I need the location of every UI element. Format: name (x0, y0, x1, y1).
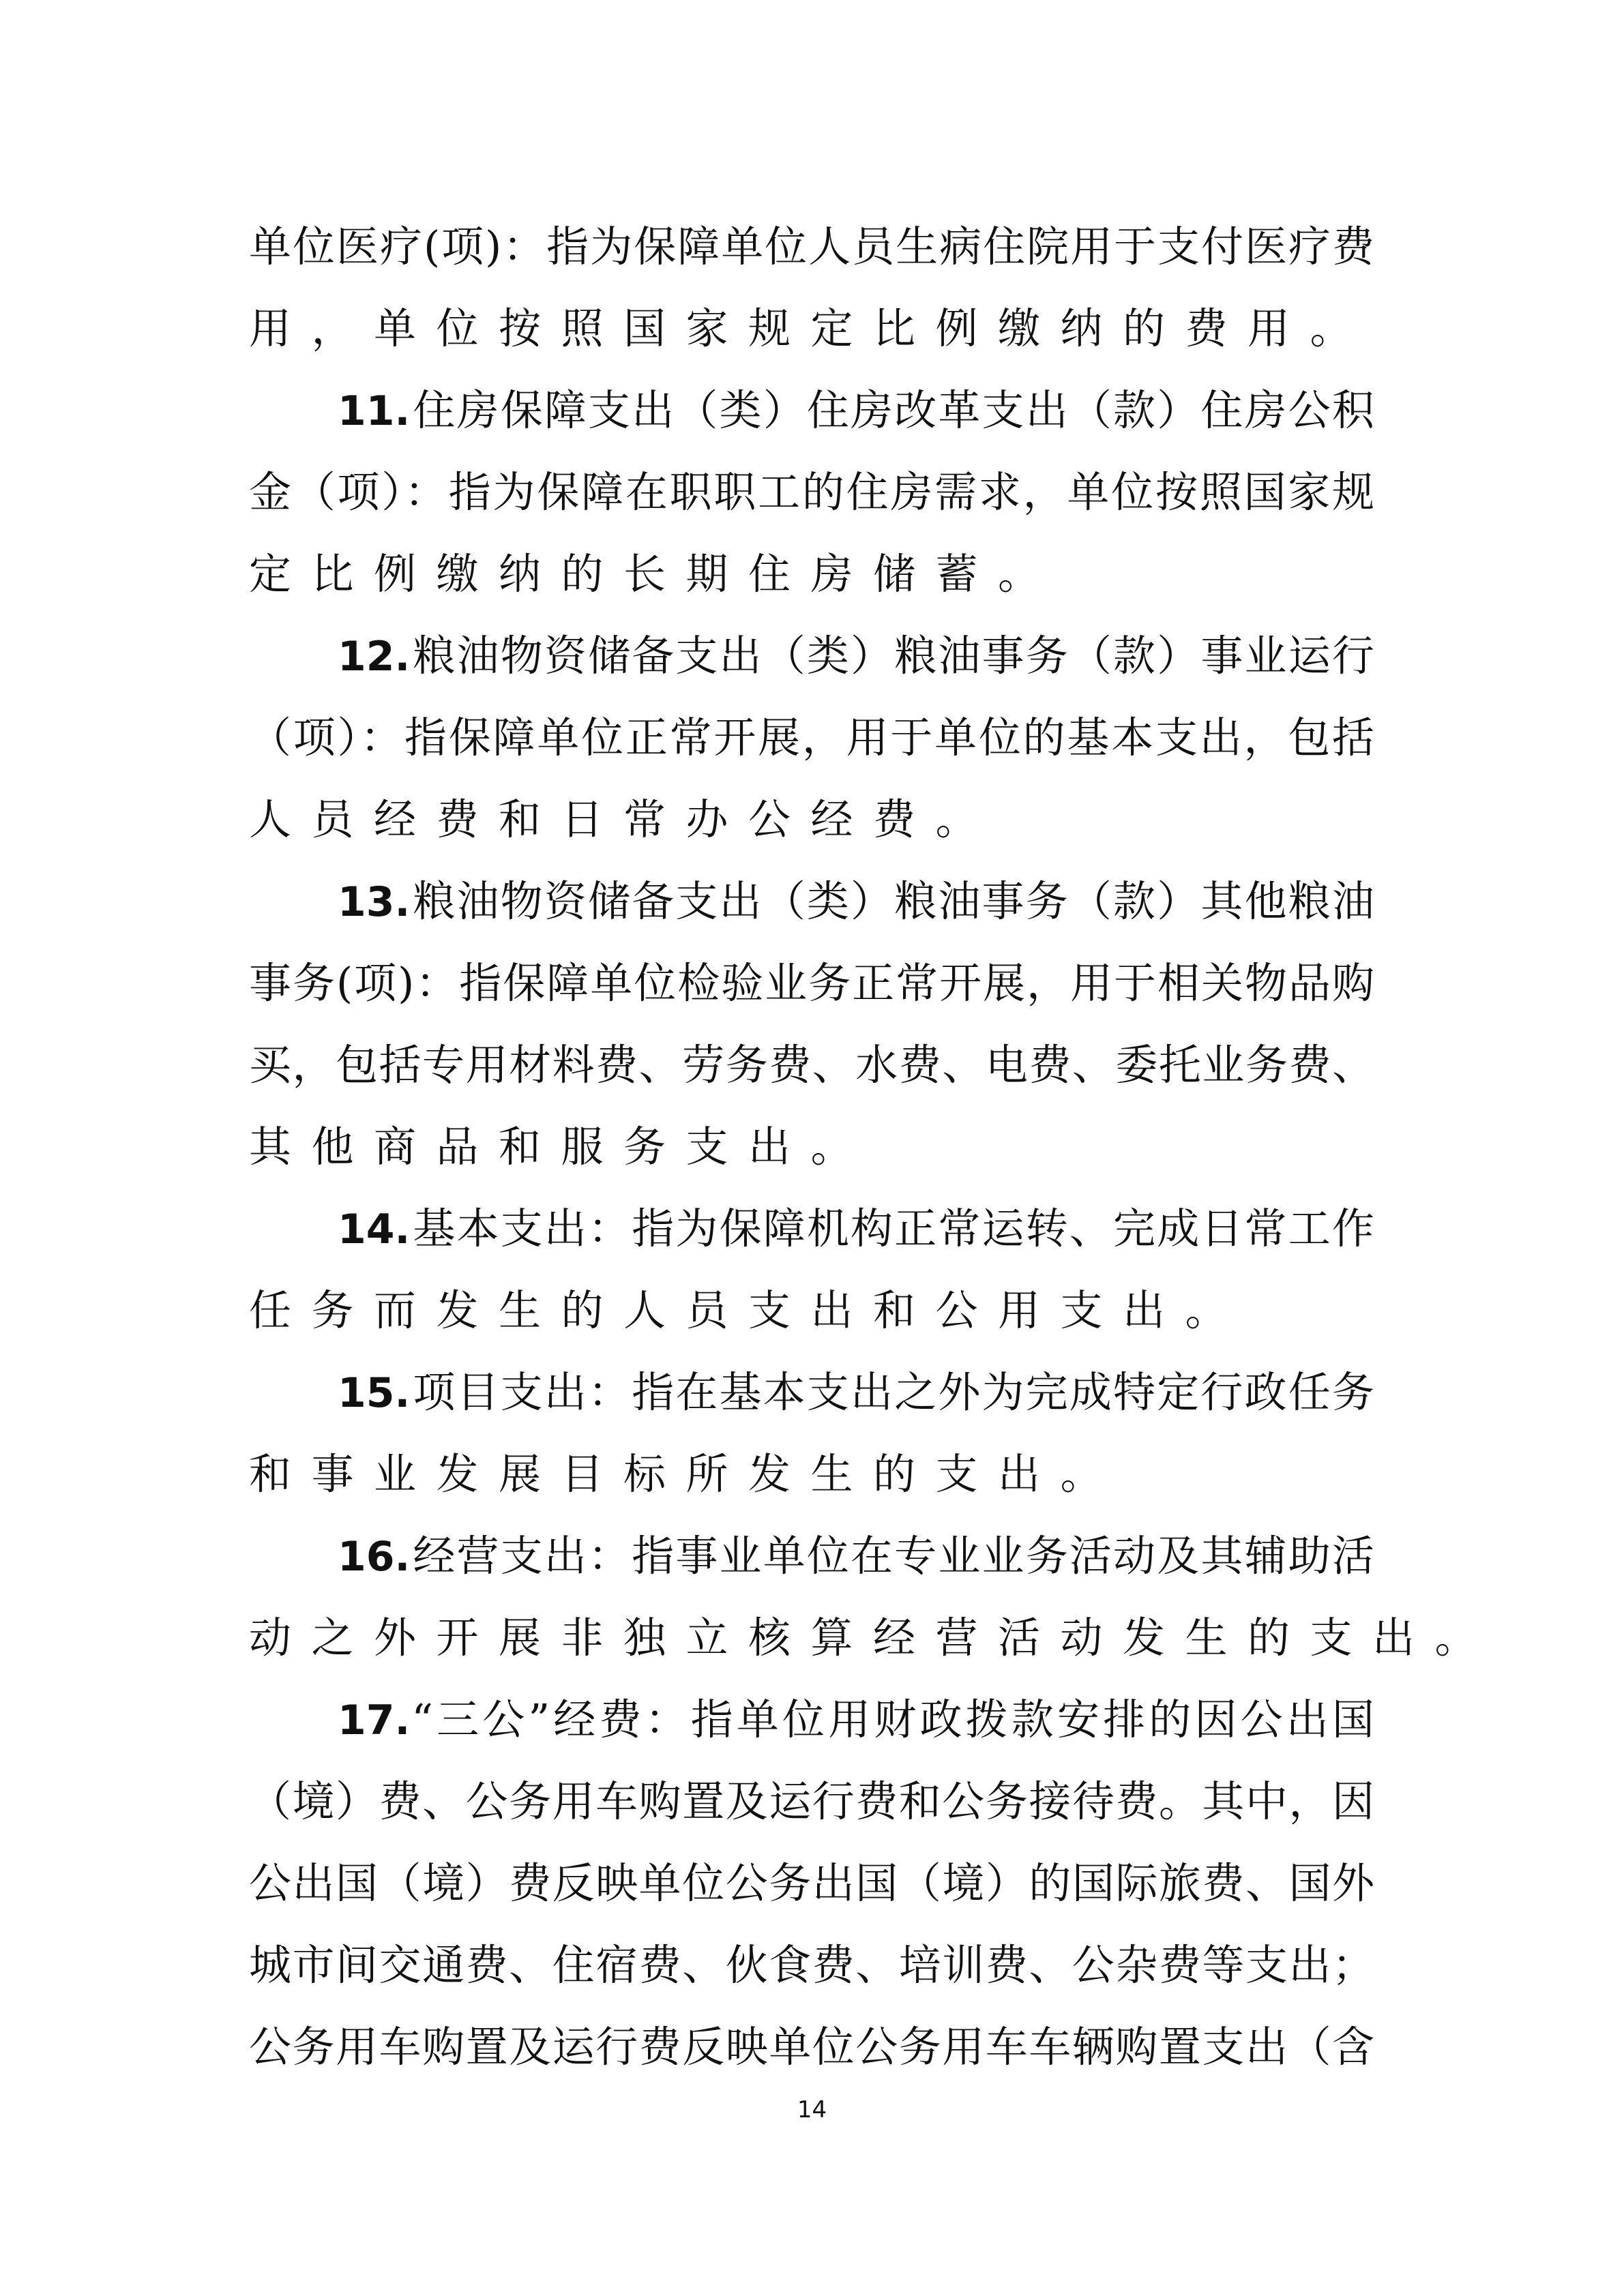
text-line: 单位医疗(项)：指为保障单位人员生病住院用于支付医疗费 (249, 217, 1374, 299)
text-line: 用，单位按照国家规定比例缴纳的费用。 (249, 299, 1374, 381)
text-line: 其他商品和服务支出。 (249, 1117, 1374, 1199)
page-number: 14 (0, 2096, 1624, 2123)
text-line: 和事业发展目标所发生的支出。 (249, 1444, 1374, 1526)
text-line: 公务用车购置及运行费反映单位公务用车车辆购置支出（含 (249, 2017, 1374, 2099)
line-text: 其他商品和服务支出。 (249, 1122, 873, 1172)
line-text: 粮油物资储备支出（类）粮油事务（款）其他粮油 (411, 876, 1374, 926)
line-text: 买，包括专用材料费、劳务费、水费、电费、委托业务费、 (249, 1040, 1374, 1090)
line-text: 公务用车购置及运行费反映单位公务用车车辆购置支出（含 (249, 2022, 1374, 2072)
text-line: 金（项）：指为保障在职职工的住房需求，单位按照国家规 (249, 462, 1374, 544)
item-number: 13. (338, 878, 410, 926)
line-text: 基本支出：指为保障机构正常运转、完成日常工作 (411, 1204, 1374, 1253)
line-text: 人员经费和日常办公经费。 (249, 794, 998, 844)
line-text: （项）：指保障单位正常开展，用于单位的基本支出，包括 (249, 713, 1374, 762)
text-line: 城市间交通费、住宿费、伙食费、培训费、公杂费等支出； (249, 1935, 1374, 2017)
text-line: 动之外开展非独立核算经营活动发生的支出。 (249, 1608, 1374, 1690)
text-line: 定比例缴纳的长期住房储蓄。 (249, 544, 1374, 626)
line-text: 事务(项)：指保障单位检验业务正常开展，用于相关物品购 (249, 958, 1374, 1008)
line-text: （境）费、公务用车购置及运行费和公务接待费。其中，因 (249, 1776, 1374, 1826)
text-line: （境）费、公务用车购置及运行费和公务接待费。其中，因 (249, 1772, 1374, 1853)
line-text: 金（项）：指为保障在职职工的住房需求，单位按照国家规 (249, 467, 1374, 517)
line-text: 动之外开展非独立核算经营活动发生的支出。 (249, 1613, 1497, 1663)
line-text: 项目支出：指在基本支出之外为完成特定行政任务 (411, 1367, 1374, 1417)
line-text: 经营支出：指事业单位在专业业务活动及其辅助活 (411, 1531, 1374, 1581)
line-text: “三公”经费：指单位用财政拨款安排的因公出国 (411, 1695, 1374, 1744)
line-text: 定比例缴纳的长期住房储蓄。 (249, 549, 1061, 599)
body-text: 单位医疗(项)：指为保障单位人员生病住院用于支付医疗费 用，单位按照国家规定比例… (249, 217, 1374, 2099)
item-number: 17. (338, 1697, 410, 1744)
item-number: 14. (338, 1206, 410, 1253)
line-text: 公出国（境）费反映单位公务出国（境）的国际旅费、国外 (249, 1858, 1374, 1908)
text-line: 人员经费和日常办公经费。 (249, 790, 1374, 871)
line-text: 粮油物资储备支出（类）粮油事务（款）事业运行 (411, 631, 1374, 681)
text-line: 买，包括专用材料费、劳务费、水费、电费、委托业务费、 (249, 1035, 1374, 1117)
text-line: 任务而发生的人员支出和公用支出。 (249, 1281, 1374, 1362)
item-number: 12. (338, 633, 410, 681)
item-number: 15. (338, 1369, 410, 1417)
line-text: 单位医疗(项)：指为保障单位人员生病住院用于支付医疗费 (249, 222, 1374, 271)
item-number: 11. (338, 387, 410, 435)
line-text: 和事业发展目标所发生的支出。 (249, 1449, 1123, 1499)
item-number: 16. (338, 1533, 410, 1581)
line-text: 用，单位按照国家规定比例缴纳的费用。 (249, 303, 1372, 353)
document-page: 单位医疗(项)：指为保障单位人员生病住院用于支付医疗费 用，单位按照国家规定比例… (0, 0, 1624, 2296)
paragraph-11-heading-line: 11.住房保障支出（类）住房改革支出（款）住房公积 (249, 381, 1374, 462)
paragraph-12-heading-line: 12.粮油物资储备支出（类）粮油事务（款）事业运行 (249, 626, 1374, 708)
paragraph-14-heading-line: 14.基本支出：指为保障机构正常运转、完成日常工作 (249, 1199, 1374, 1281)
paragraph-15-heading-line: 15.项目支出：指在基本支出之外为完成特定行政任务 (249, 1362, 1374, 1444)
line-text: 住房保障支出（类）住房改革支出（款）住房公积 (411, 385, 1374, 435)
paragraph-13-heading-line: 13.粮油物资储备支出（类）粮油事务（款）其他粮油 (249, 871, 1374, 953)
text-line: 公出国（境）费反映单位公务出国（境）的国际旅费、国外 (249, 1853, 1374, 1935)
text-line: 事务(项)：指保障单位检验业务正常开展，用于相关物品购 (249, 953, 1374, 1035)
line-text: 城市间交通费、住宿费、伙食费、培训费、公杂费等支出； (249, 1940, 1374, 1990)
paragraph-16-heading-line: 16.经营支出：指事业单位在专业业务活动及其辅助活 (249, 1526, 1374, 1608)
paragraph-17-heading-line: 17.“三公”经费：指单位用财政拨款安排的因公出国 (249, 1690, 1374, 1772)
line-text: 任务而发生的人员支出和公用支出。 (249, 1285, 1247, 1335)
text-line: （项）：指保障单位正常开展，用于单位的基本支出，包括 (249, 708, 1374, 790)
